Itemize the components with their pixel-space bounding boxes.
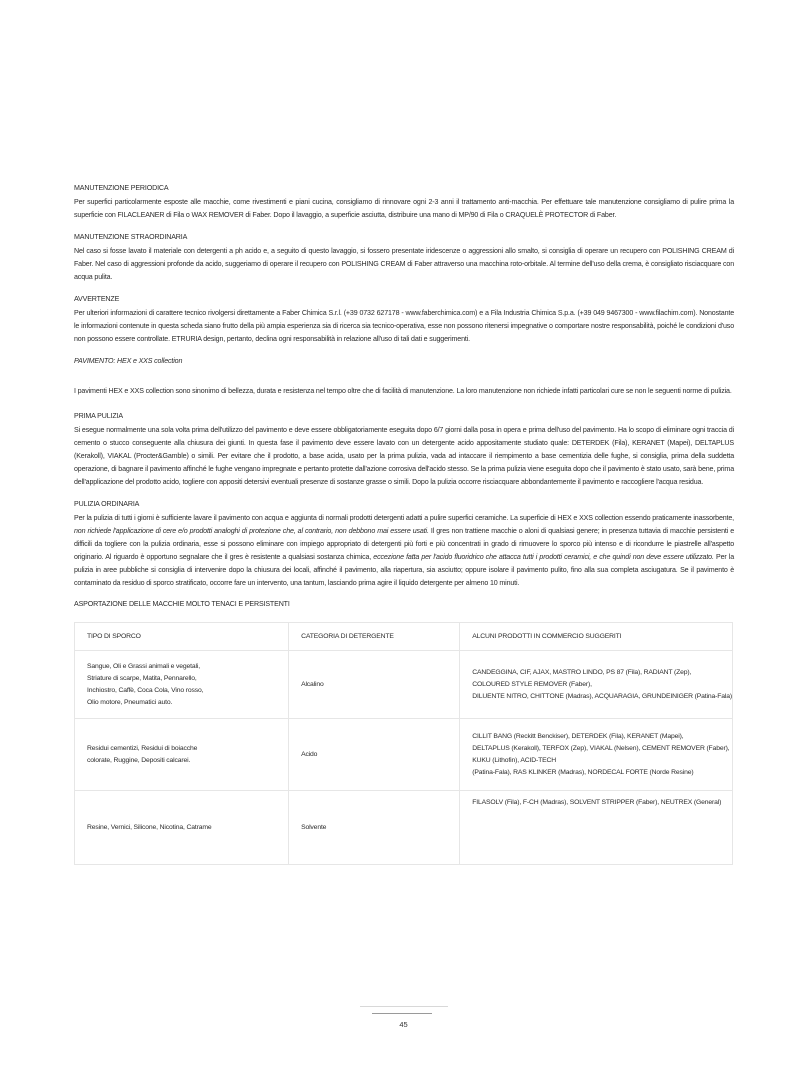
section-avvertenze: AVVERTENZE Per ulteriori informazioni di… [74,293,734,346]
cell-suggested-products: FILASOLV (Fila), F-CH (Madras), SOLVENT … [460,791,733,865]
cell-line: DILUENTE NITRO, CHITTONE (Madras), ACQUA… [472,691,732,703]
section-paragraph: Nel caso si fosse lavato il materiale co… [74,245,734,284]
section-pulizia-ordinaria: PULIZIA ORDINARIA Per la pulizia di tutt… [74,498,734,590]
collection-title: PAVIMENTO: HEX e XXS collection [74,355,734,368]
footer-divider [360,1006,448,1007]
cell-stain-type: Residui cementizi, Residui di boiaccheco… [75,719,289,791]
section-manutenzione-straordinaria: MANUTENZIONE STRAORDINARIA Nel caso si f… [74,231,734,284]
table-row: Sangue, Oli e Grassi animali e vegetali,… [75,651,733,719]
column-header-suggested-products: ALCUNI PRODOTTI IN COMMERCIO SUGGERITI [460,623,733,651]
cell-detergent-category: Acido [289,719,460,791]
stain-removal-table: TIPO DI SPORCO CATEGORIA DI DETERGENTE A… [74,622,733,865]
section-heading: PRIMA PULIZIA [74,410,734,423]
intro-paragraph: I pavimenti HEX e XXS collection sono si… [74,385,734,398]
table-row: Residui cementizi, Residui di boiaccheco… [75,719,733,791]
cell-detergent-category: Alcalino [289,651,460,719]
column-header-detergent-category: CATEGORIA DI DETERGENTE [289,623,460,651]
cell-line: Striature di scarpe, Matita, Pennarello, [87,673,288,685]
cell-line: Sangue, Oli e Grassi animali e vegetali, [87,661,288,673]
cell-line: DELTAPLUS (Kerakoll), TERFOX (Zep), VIAK… [472,743,732,755]
cell-line: Residui cementizi, Residui di boiacche [87,743,288,755]
section-heading: AVVERTENZE [74,293,734,306]
section-heading: PULIZIA ORDINARIA [74,498,734,511]
section-manutenzione-periodica: MANUTENZIONE PERIODICA Per superfici par… [74,182,734,222]
italic-text-run: eccezione fatta per l'acido fluoridrico … [373,553,714,561]
text-run: Per la pulizia di tutti i giorni è suffi… [74,514,734,522]
table-header-row: TIPO DI SPORCO CATEGORIA DI DETERGENTE A… [75,623,733,651]
cell-line: CANDEGGINA, CIF, AJAX, MASTRO LINDO, PS … [472,667,732,679]
section-prima-pulizia: PRIMA PULIZIA Si esegue normalmente una … [74,410,734,489]
cell-line: KUKU (Lithofin), ACID-TECH [472,755,732,767]
cell-line: CILLIT BANG (Reckitt Benckiser), DETERDE… [472,731,732,743]
column-header-stain-type: TIPO DI SPORCO [75,623,289,651]
document-body: MANUTENZIONE PERIODICA Per superfici par… [74,182,734,599]
cell-stain-type: Resine, Vernici, Silicone, Nicotina, Cat… [75,791,289,865]
section-paragraph: Si esegue normalmente una sola volta pri… [74,424,734,489]
section-paragraph: Per superfici particolarmente esposte al… [74,196,734,222]
italic-text-run: non richiede l'applicazione di cere e/o … [74,527,429,535]
table-title: ASPORTAZIONE DELLE MACCHIE MOLTO TENACI … [74,600,290,608]
section-heading: MANUTENZIONE PERIODICA [74,182,734,195]
cell-line: Inchiostro, Caffè, Coca Cola, Vino rosso… [87,685,288,697]
cell-detergent-category: Solvente [289,791,460,865]
section-paragraph: Per la pulizia di tutti i giorni è suffi… [74,512,734,590]
cell-line: Olio motore, Pneumatici auto. [87,697,288,709]
cell-line: colorate, Ruggine, Depositi calcarei. [87,755,288,767]
section-heading: MANUTENZIONE STRAORDINARIA [74,231,734,244]
page-number: 45 [0,1020,807,1029]
cell-line: FILASOLV (Fila), F-CH (Madras), SOLVENT … [472,797,732,809]
cell-suggested-products: CILLIT BANG (Reckitt Benckiser), DETERDE… [460,719,733,791]
cell-stain-type: Sangue, Oli e Grassi animali e vegetali,… [75,651,289,719]
cell-suggested-products: CANDEGGINA, CIF, AJAX, MASTRO LINDO, PS … [460,651,733,719]
cell-line: COLOURED STYLE REMOVER (Faber), [472,679,732,691]
cell-line: Resine, Vernici, Silicone, Nicotina, Cat… [87,822,288,834]
cell-line: (Patina-Fala), RAS KLINKER (Madras), NOR… [472,767,732,779]
footer-divider [372,1013,432,1014]
table-row: Resine, Vernici, Silicone, Nicotina, Cat… [75,791,733,865]
section-paragraph: Per ulteriori informazioni di carattere … [74,307,734,346]
